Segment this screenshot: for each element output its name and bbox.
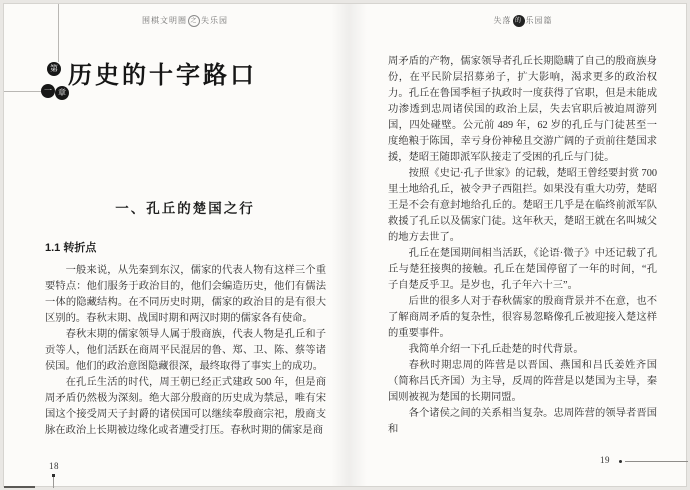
right-page-body: 周矛盾的产物，儒家领导者孔丘长期隐瞒了自己的殷商族身份，在平民阶层招募弟子，扩大… [388,54,657,438]
chapter-title: 历史的十字路口 [68,55,257,90]
chapter-badge-yi: 一 [41,84,55,98]
paragraph: 按照《史记·孔子世家》的记载，楚昭王曾经要封赏 700 里土地给孔丘，被令尹子西… [388,166,657,246]
running-head-right-post: 乐园篇 [526,16,553,25]
folio-mark-dot-right [619,460,622,463]
paragraph: 后世的很多人对于春秋儒家的殷商背景并不在意，也不了解商周矛盾的复杂性，很容易忽略… [388,294,657,342]
chapter-deco-vertical-line [58,4,59,62]
folio-mark-horizontal-line [625,461,688,462]
chapter-badge-zhang: 章 [55,86,69,100]
running-head-left: 围棋文明圈之失乐园 [44,15,326,27]
running-head-right: 失落的乐园篇 [387,15,659,27]
left-page-body: 一般来说，从先秦到东汉，儒家的代表人物有这样三个重要特点：他们服务于政治目的，他… [45,263,326,439]
paragraph: 春秋末期的儒家领导人属于殷商族，代表人物是孔丘和子贡等人，他们活跃在商周平民混居… [45,327,326,375]
chapter-deco-horizontal-line [4,91,41,92]
page-number-right: 19 [600,455,610,465]
running-head-right-pre: 失落 [494,16,512,25]
running-head-left-pre: 围棋文明圈 [142,16,187,25]
paragraph: 孔丘在楚国期间相当活跃，《论语·微子》中还记载了孔丘与楚狂接舆的接触。孔丘在楚国… [388,246,657,294]
paragraph: 在孔丘生活的时代，周王朝已经正式建政 500 年，但是商周矛盾仍然极为深刻。绝大… [45,375,326,439]
subsection-heading: 1.1 转折点 [45,239,96,255]
running-head-right-circle-char: 的 [513,15,525,27]
paragraph: 各个诸侯之间的关系相当复杂。忠周阵营的领导者晋国和 [388,406,657,438]
folio-mark-vertical-line [53,477,54,488]
running-head-left-post: 失乐园 [201,16,228,25]
page-gutter-shadow [331,4,367,486]
section-heading: 一、孔丘的楚国之行 [44,197,326,217]
page-number-left: 18 [42,461,66,471]
paragraph: 春秋时期忠周的阵营是以晋国、燕国和吕氏姜姓齐国（简称吕氏齐国）为主导，反周的阵营… [388,358,657,406]
book-spread: 围棋文明圈之失乐园 第 一 章 历史的十字路口 一、孔丘的楚国之行 1.1 转折… [3,3,687,487]
paragraph: 一般来说，从先秦到东汉，儒家的代表人物有这样三个重要特点：他们服务于政治目的，他… [45,263,326,327]
running-head-left-circle-char: 之 [188,15,200,27]
paragraph: 周矛盾的产物，儒家领导者孔丘长期隐瞒了自己的殷商族身份，在平民阶层招募弟子，扩大… [388,54,657,166]
paragraph: 我简单介绍一下孔丘赴楚的时代背景。 [388,342,657,358]
bottom-left-deco-line [4,486,35,488]
chapter-badge-di: 第 [47,62,61,76]
